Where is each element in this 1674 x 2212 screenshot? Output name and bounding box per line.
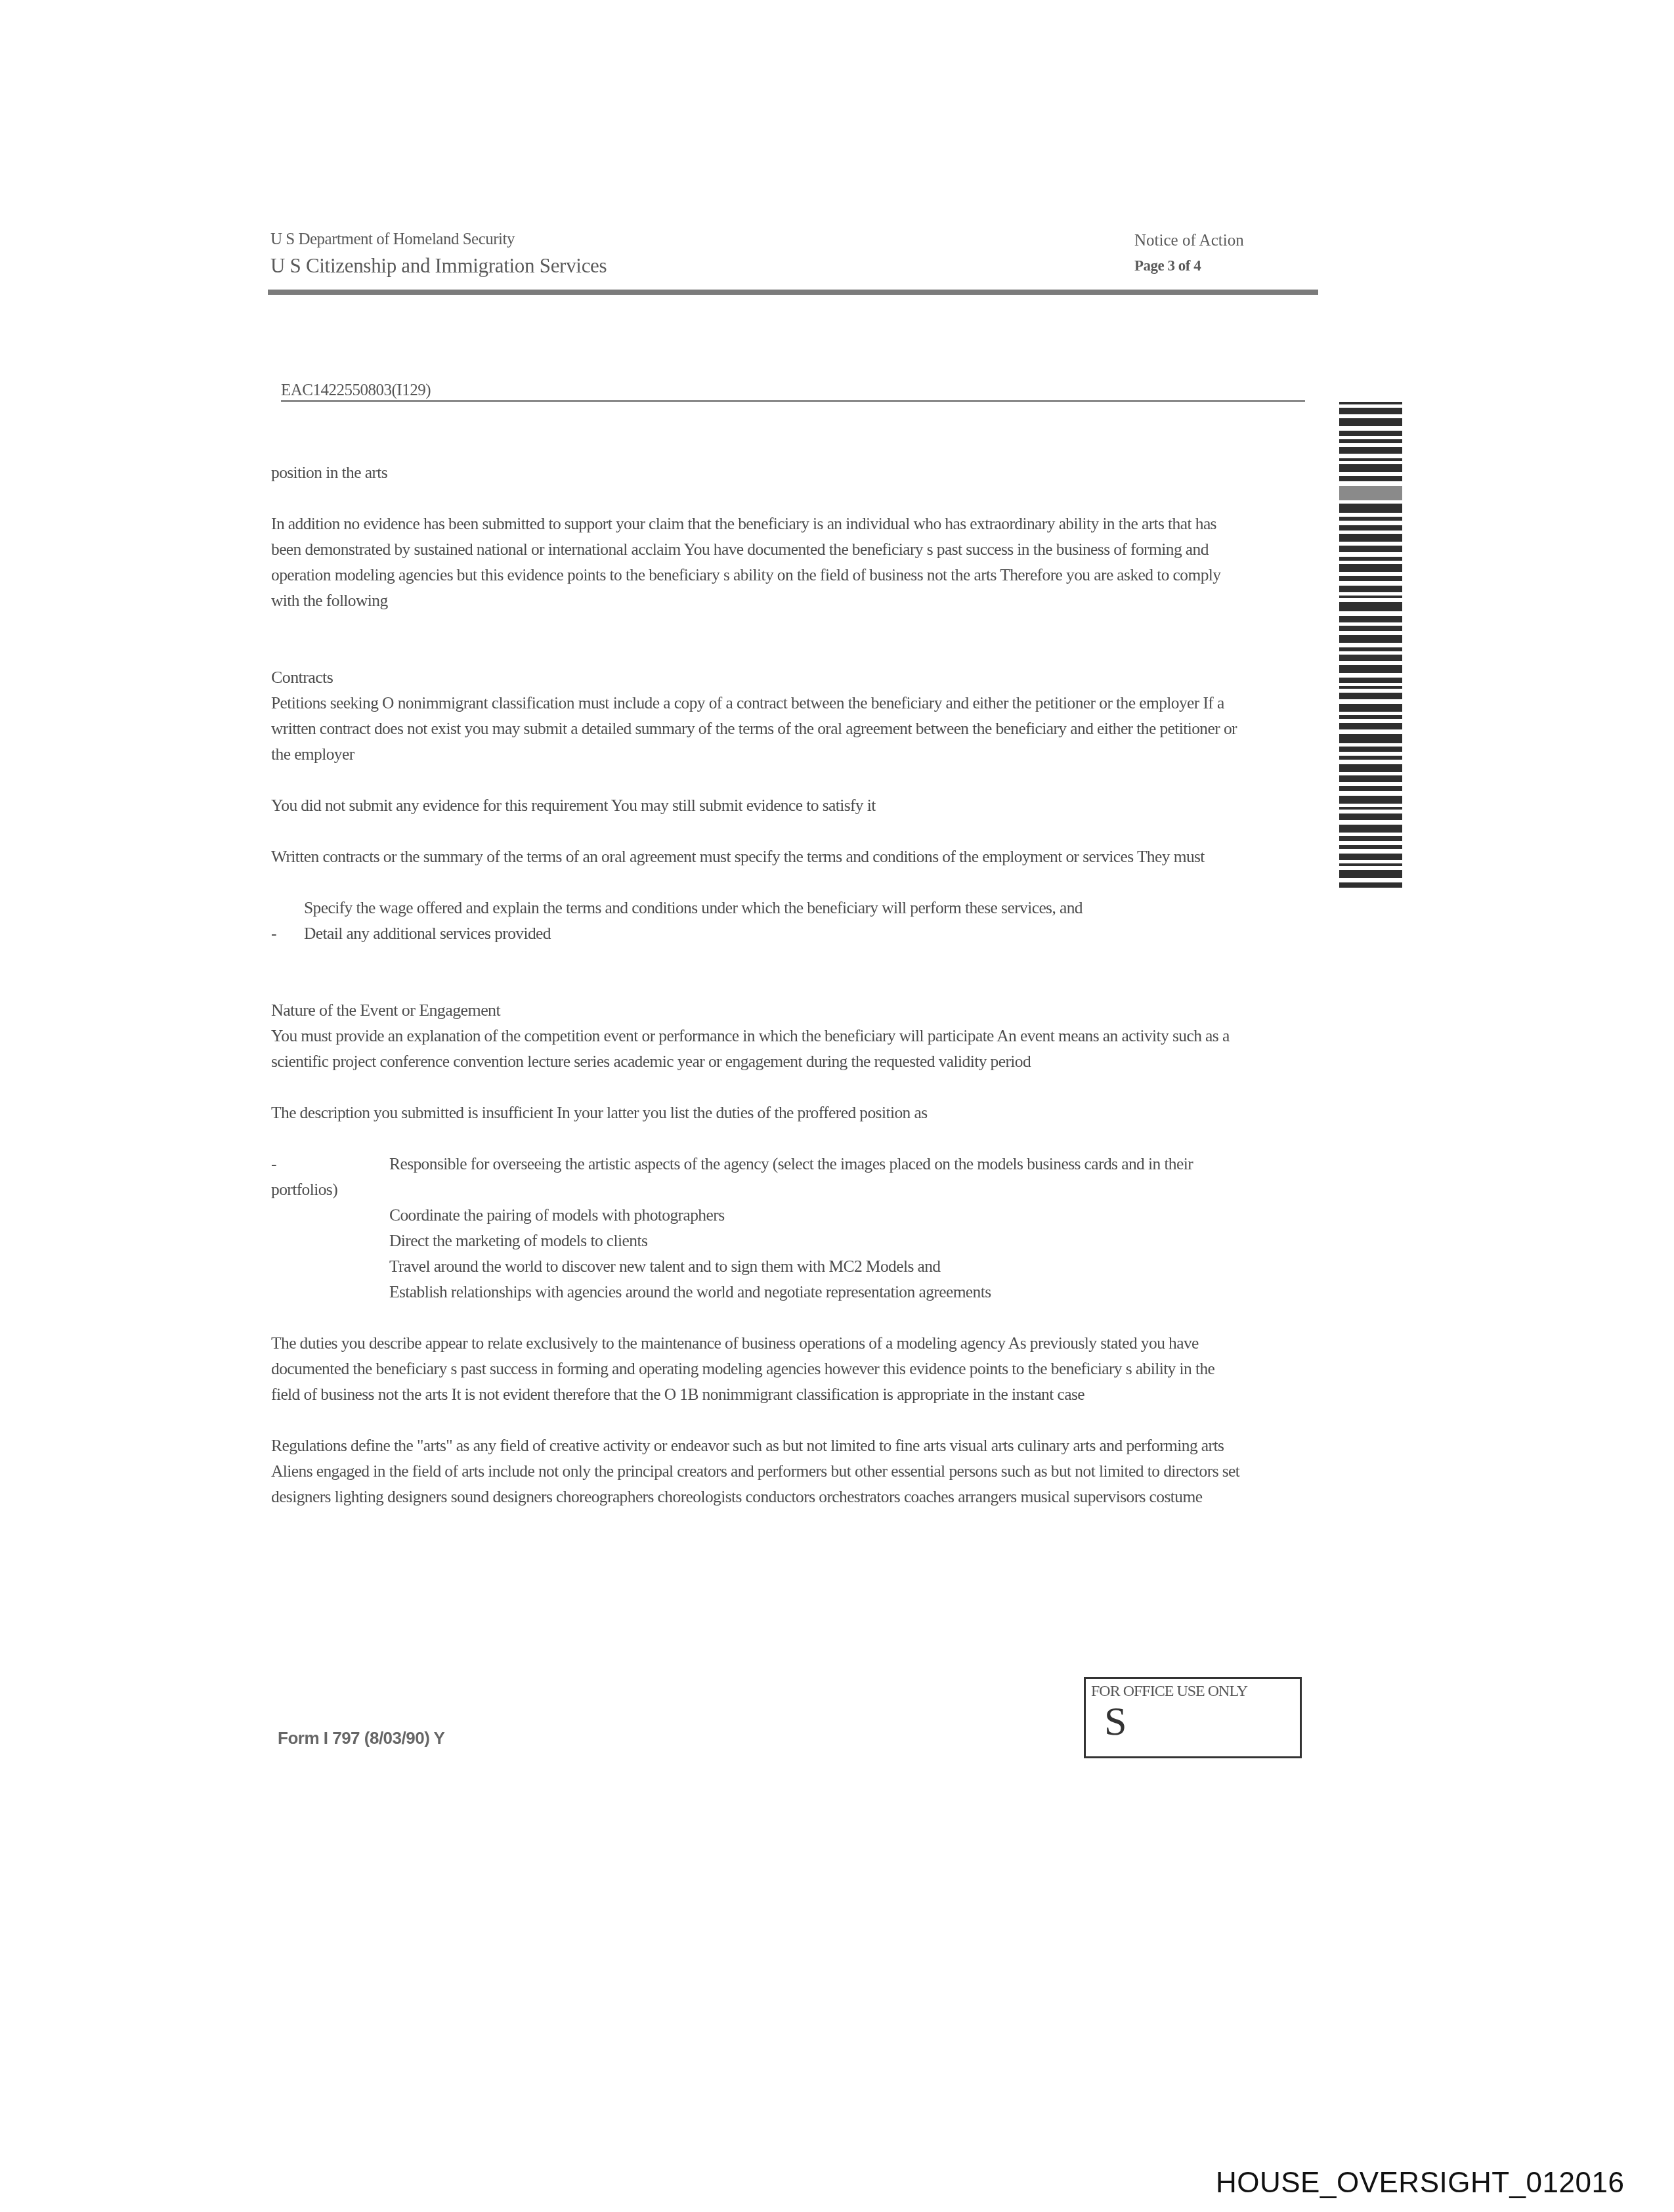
office-use-label: FOR OFFICE USE ONLY [1091, 1683, 1247, 1701]
paragraph-contracts: Petitions seeking O nonimmigrant classif… [271, 690, 1243, 767]
section-heading-event: Nature of the Event or Engagement [271, 997, 1243, 1023]
requirement-item: Specify the wage offered and explain the… [271, 895, 1243, 921]
bullet-dash: - [271, 921, 304, 946]
duty-item: Coordinate the pairing of models with ph… [271, 1202, 1243, 1228]
duty-item: Travel around the world to discover new … [271, 1253, 1243, 1279]
agency-name: U S Citizenship and Immigration Services [270, 253, 607, 278]
paragraph-regulations: Regulations define the "arts" as any fie… [271, 1433, 1243, 1509]
letterhead: U S Department of Homeland Security U S … [270, 230, 607, 278]
paragraph-ability: In addition no evidence has been submitt… [271, 511, 1243, 613]
notice-info: Notice of Action Page 3 of 4 [1134, 231, 1244, 276]
notice-type: Notice of Action [1134, 231, 1244, 251]
office-use-mark: S [1104, 1699, 1127, 1745]
paragraph-no-evidence: You did not submit any evidence for this… [271, 792, 1243, 818]
duty-item: -Responsible for overseeing the artistic… [271, 1151, 1243, 1202]
duty-item: Establish relationships with agencies ar… [271, 1279, 1243, 1305]
receipt-divider [281, 400, 1305, 402]
page-indicator: Page 3 of 4 [1134, 256, 1244, 276]
duty-item: Direct the marketing of models to client… [271, 1228, 1243, 1253]
requirement-item: -Detail any additional services provided [271, 921, 1243, 946]
paragraph-must-specify: Written contracts or the summary of the … [271, 844, 1243, 869]
intro-fragment: position in the arts [271, 460, 1243, 485]
department-name: U S Department of Homeland Security [270, 230, 607, 249]
receipt-number: EAC1422550803(I129) [281, 381, 431, 401]
letter-body: position in the arts In addition no evid… [271, 460, 1243, 1509]
document-page: U S Department of Homeland Security U S … [0, 0, 1674, 2212]
form-number: Form I 797 (8/03/90) Y [278, 1728, 444, 1748]
duties-list: -Responsible for overseeing the artistic… [271, 1151, 1243, 1305]
office-use-box: FOR OFFICE USE ONLY S [1084, 1677, 1302, 1758]
bates-number: HOUSE_OVERSIGHT_012016 [1216, 2167, 1624, 2200]
paragraph-event: You must provide an explanation of the c… [271, 1023, 1243, 1074]
paragraph-analysis: The duties you describe appear to relate… [271, 1330, 1243, 1407]
barcode-icon [1339, 402, 1402, 891]
section-heading-contracts: Contracts [271, 664, 1243, 690]
bullet-dash: - [271, 1151, 389, 1177]
paragraph-insufficient: The description you submitted is insuffi… [271, 1100, 1243, 1125]
header-divider [268, 290, 1318, 295]
